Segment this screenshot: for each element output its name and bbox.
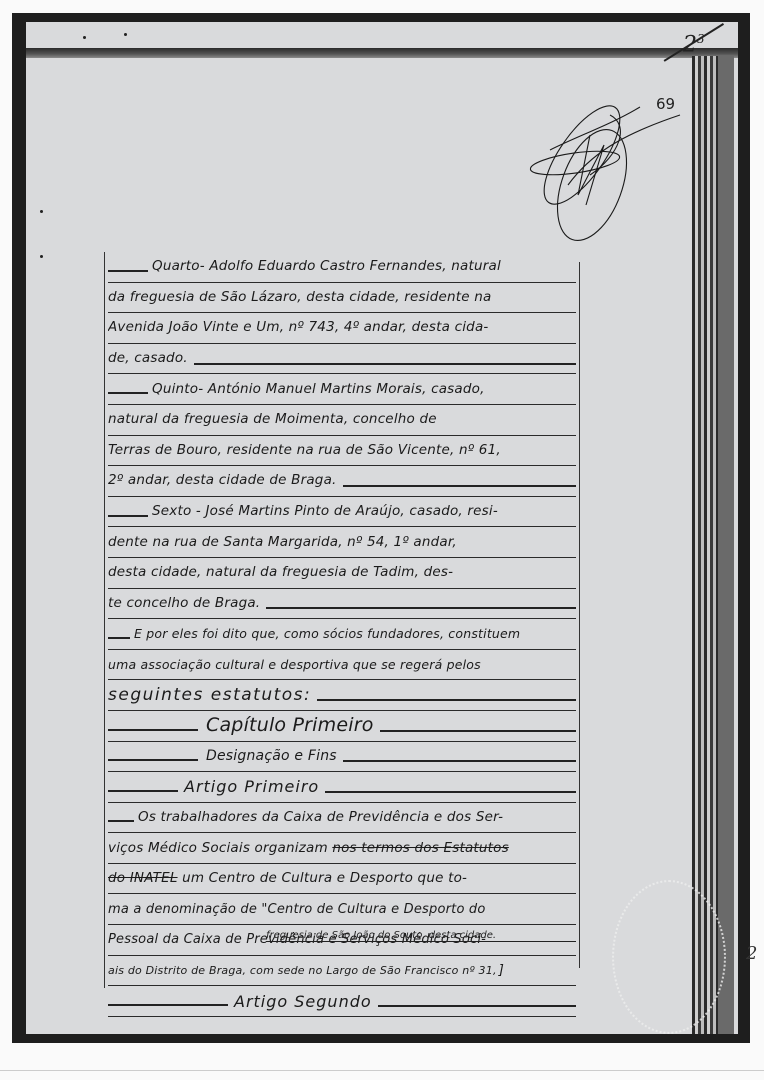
speck bbox=[124, 33, 127, 36]
page-top-border bbox=[26, 48, 738, 58]
speck bbox=[40, 255, 43, 258]
text-line: ais do Distrito de Braga, com sede no La… bbox=[108, 956, 576, 987]
text-line: ma a denominação de "Centro de Cultura e… bbox=[108, 894, 576, 925]
left-margin-rule bbox=[104, 252, 105, 988]
text-line: Os trabalhadores da Caixa de Previdência… bbox=[108, 803, 576, 834]
chapter-heading: Capítulo Primeiro bbox=[108, 711, 576, 742]
text-line: seguintes estatutos: bbox=[108, 680, 576, 711]
signature-scribble bbox=[520, 95, 700, 245]
speck bbox=[40, 210, 43, 213]
text-line: E por eles foi dito que, como sócios fun… bbox=[108, 619, 576, 650]
embossed-seal bbox=[612, 880, 726, 1034]
handwritten-text: Quarto- Adolfo Eduardo Castro Fernandes,… bbox=[108, 252, 576, 1017]
margin-mark: 2 bbox=[746, 943, 757, 964]
text-line: de, casado. bbox=[108, 344, 576, 375]
struck-text: nos termos dos Estatutos bbox=[332, 834, 509, 863]
article-heading: Artigo Primeiro bbox=[108, 772, 576, 803]
text-line: Quarto- Adolfo Eduardo Castro Fernandes,… bbox=[108, 252, 576, 283]
text-line: viços Médico Sociais organizam nos termo… bbox=[108, 833, 576, 864]
speck bbox=[83, 36, 86, 39]
article-heading: Artigo Segundo bbox=[108, 986, 576, 1017]
interlinear-insertion: freguesia de São João do Souto, desta ci… bbox=[266, 930, 576, 942]
text-line: do INATEL um Centro de Cultura e Desport… bbox=[108, 864, 576, 895]
right-margin-rule bbox=[579, 262, 580, 968]
text-line: dente na rua de Santa Margarida, nº 54, … bbox=[108, 527, 576, 558]
text-line: natural da freguesia de Moimenta, concel… bbox=[108, 405, 576, 436]
scan-bottom-edge bbox=[0, 1070, 764, 1071]
text-line: Avenida João Vinte e Um, nº 743, 4º anda… bbox=[108, 313, 576, 344]
text-line: Quinto- António Manuel Martins Morais, c… bbox=[108, 374, 576, 405]
struck-text: do INATEL bbox=[108, 864, 178, 893]
text-line: Terras de Bouro, residente na rua de São… bbox=[108, 436, 576, 467]
text-line: Sexto - José Martins Pinto de Araújo, ca… bbox=[108, 497, 576, 528]
text-line: desta cidade, natural da freguesia de Ta… bbox=[108, 558, 576, 589]
text-line: te concelho de Braga. bbox=[108, 589, 576, 620]
text-line: da freguesia de São Lázaro, desta cidade… bbox=[108, 283, 576, 314]
text-line: uma associação cultural e desportiva que… bbox=[108, 650, 576, 681]
text-line: 2º andar, desta cidade de Braga. bbox=[108, 466, 576, 497]
section-heading: Designação e Fins bbox=[108, 742, 576, 773]
